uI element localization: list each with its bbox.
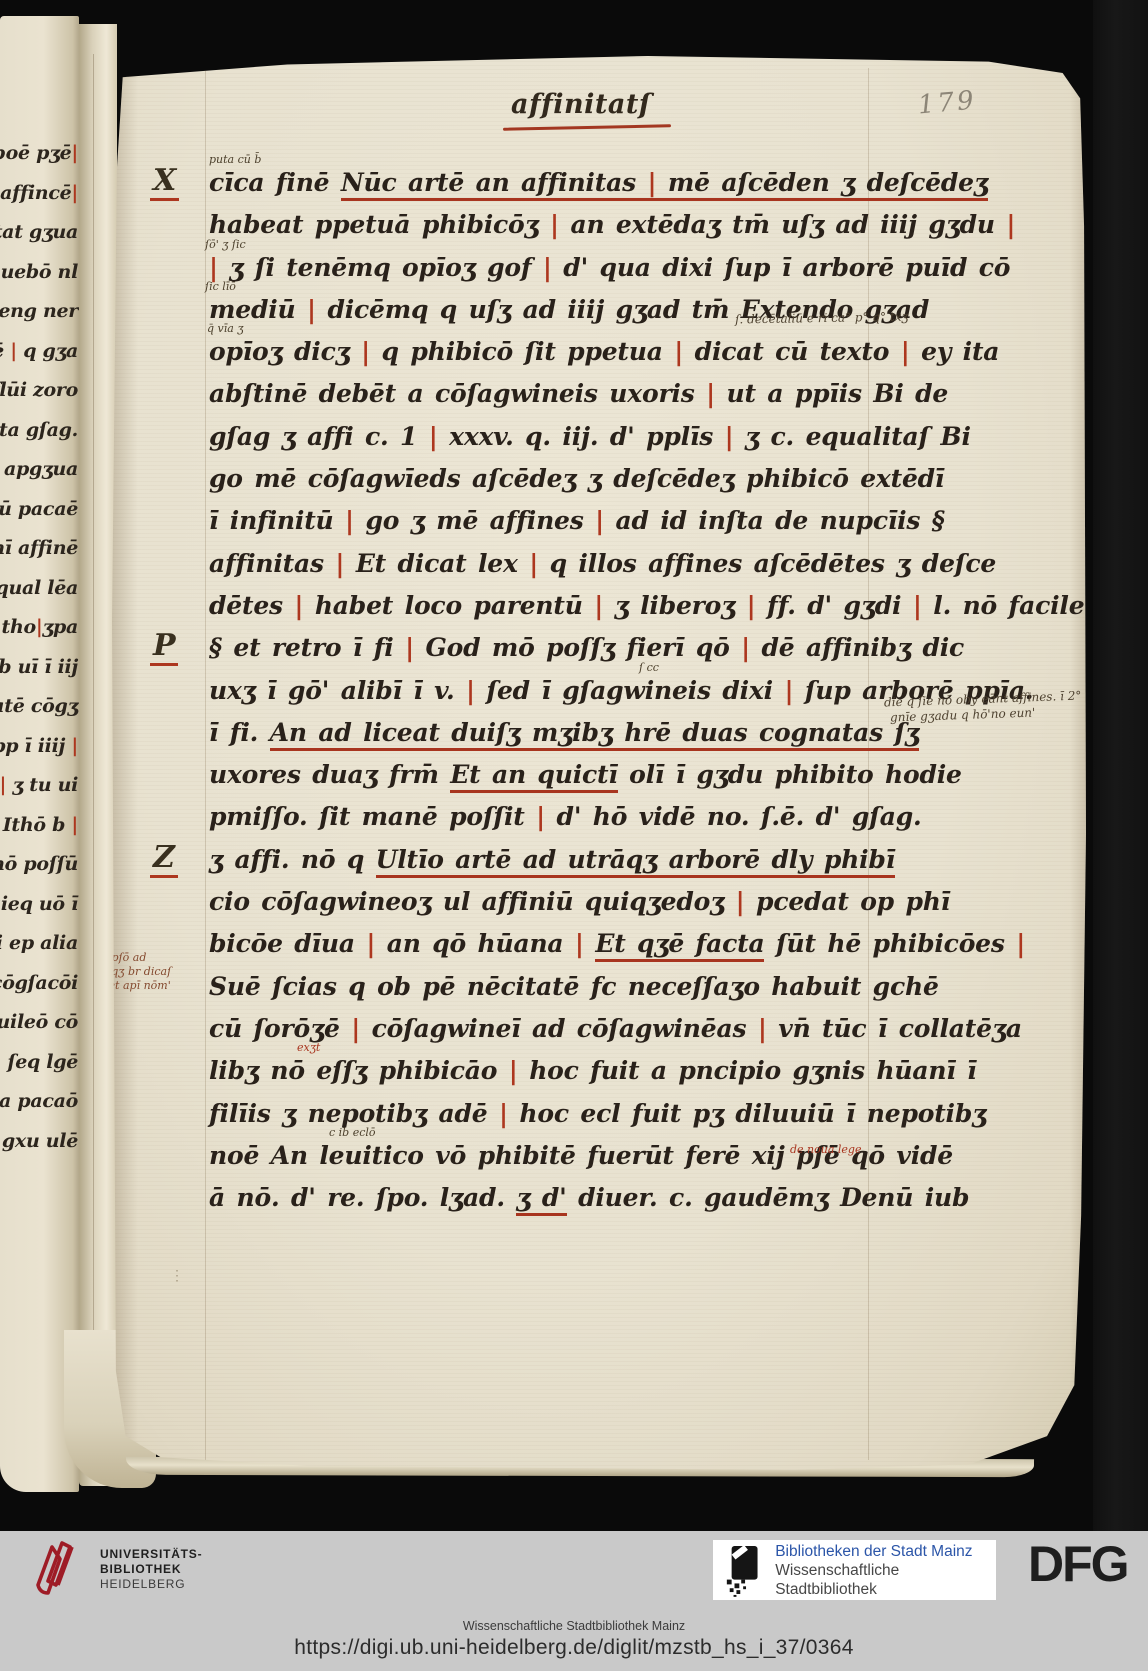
interlinear-gloss: exʒt xyxy=(297,1041,320,1054)
rubric-stroke: | xyxy=(10,340,17,362)
rubric-stroke: | xyxy=(366,929,375,958)
text-run: uxores duaʒ frm̄ xyxy=(209,760,450,789)
manuscript-text-line: pmiſſo. ſit manē poſſit | d' hō vidē no.… xyxy=(209,796,1093,838)
interlinear-gloss: ſ cc xyxy=(639,661,659,674)
manuscript-text-line: go mē cōſagwīeds aſcēdeʒ ʒ deſcēdeʒ phib… xyxy=(209,458,1093,500)
rubric-stroke: | xyxy=(575,929,584,958)
rubric-stroke: | xyxy=(595,506,604,535)
gutter-fold-line xyxy=(93,54,94,1454)
rubric-stroke: | xyxy=(758,1014,767,1043)
digitization-footer: UNIVERSITÄTS- BIBLIOTHEK HEIDELBERG Bibl… xyxy=(0,1531,1148,1671)
text-run: ʒ affi. nō q xyxy=(209,845,376,874)
text-run: cīca finē xyxy=(209,168,341,197)
text-run: olī ī gʒdu phibito hodie xyxy=(618,760,962,789)
book-gutter xyxy=(79,24,117,1486)
text-run: pmiſſo. ſit manē poſſit | d' hō vidē no.… xyxy=(209,802,922,831)
text-run: libʒ nō eſſʒ phibicāo | hoc fuit a pncip… xyxy=(209,1056,976,1085)
verso-text-fragment: ī ʒ cōgſacōi xyxy=(0,964,78,1004)
interlinear-gloss: puta cū b̄ xyxy=(209,153,261,166)
rubric-stroke: | xyxy=(36,616,43,638)
rubric-stroke: | xyxy=(725,422,734,451)
rubric-stroke: | xyxy=(71,142,78,164)
rubric-stroke: | xyxy=(209,253,218,282)
rubric-stroke: | xyxy=(901,337,910,366)
text-run: cio cōſagwineoʒ ul affiniū quiqʒedoʒ | p… xyxy=(209,887,950,916)
rubric-stroke: | xyxy=(499,1099,508,1128)
text-run: bicōe dīua | an qō hūana | xyxy=(209,929,595,958)
manuscript-text-line: bicōe dīua | an qō hūana | Et qʒē facta … xyxy=(209,923,1093,965)
verso-text-fragment: nca mutat gʒua xyxy=(0,213,78,253)
manuscript-text-line: ſic līōmediū | dicēmq q uſʒ ad iiij gʒad… xyxy=(209,289,1093,331)
manuscript-page: affinitatſ 179 Xputa cū b̄cīca finē Nūc … xyxy=(112,56,1086,1470)
text-run: ā nō. d' re. ſpo. lʒad. xyxy=(209,1183,516,1212)
rubric-stroke: | xyxy=(706,379,715,408)
manuscript-text-line: cio cōſagwineoʒ ul affiniū quiqʒedoʒ | p… xyxy=(209,881,1093,923)
ruling-line-left xyxy=(205,68,206,1460)
text-run: ʒ d' xyxy=(516,1183,566,1216)
text-run: Ultīo artē ad utrāqʒ arborē dly phibī xyxy=(376,845,895,878)
verso-text-fragment: ē ē apgʒua xyxy=(0,450,78,490)
manuscript-text-line: c ib eclōnoē An leuitico vō phibitē fuer… xyxy=(209,1135,1093,1177)
rubric-stroke: | xyxy=(294,591,303,620)
rubric-stroke: | xyxy=(647,168,656,197)
margin-letter: P xyxy=(150,629,178,666)
text-run: | ʒ ſi tenēmq opīoʒ gof | d' qua dixi ſu… xyxy=(209,253,1010,282)
manuscript-text-line: affinitas | Et dicat lex | q illos affin… xyxy=(209,543,1093,585)
dfg-logo-wordmark: DFG xyxy=(1028,1535,1128,1593)
verso-text-fragment: a flūi zoro xyxy=(0,371,78,411)
rubric-stroke: | xyxy=(345,506,354,535)
heidelberg-double-book-logo-icon xyxy=(28,1539,92,1605)
manuscript-text-line: Zʒ affi. nō q Ultīo artē ad utrāqʒ arbor… xyxy=(209,839,1093,881)
text-run: filīis ʒ nepotibʒ adē | hoc ecl fuit pʒ … xyxy=(209,1099,986,1128)
manuscript-text-line: abſtinē debēt a cōſagwineis uxoris | ut … xyxy=(209,373,1093,415)
red-marginal-citation: de noua lege xyxy=(790,1142,861,1157)
text-run: Suē ſcias q ob pē nēcitatē fc neceſſaʒo … xyxy=(209,972,939,1001)
interlinear-gloss: c ib eclō xyxy=(329,1126,376,1139)
mainz-name-line1: Bibliotheken der Stadt Mainz xyxy=(775,1542,996,1561)
rubric-stroke: | xyxy=(1006,210,1015,239)
manuscript-text-block: Xputa cū b̄cīca finē Nūc artē an affinit… xyxy=(209,162,1093,1219)
interlinear-gloss: ſō' ʒ ſic xyxy=(205,238,246,251)
rubric-stroke: | xyxy=(736,887,745,916)
text-run: Et an quictī xyxy=(450,760,617,793)
verso-text-fragment: nī affinē xyxy=(0,529,78,569)
manuscript-text-line: Suē ſcias q ob pē nēcitatē fc neceſſaʒo … xyxy=(209,966,1093,1008)
verso-text-fragment: o nō poſſū xyxy=(0,845,78,885)
text-run: ī fi. xyxy=(209,718,270,747)
manuscript-text-line: uxores duaʒ frm̄ Et an quictī olī ī gʒdu… xyxy=(209,754,1093,796)
rubric-stroke: | xyxy=(361,337,370,366)
verso-text-fragment: caſ ī tho|ʒpa xyxy=(0,608,78,648)
verso-text-fragment: at geng ner xyxy=(0,292,78,332)
verso-text-fragment: ʒ arboē pʒē| xyxy=(0,134,78,174)
manuscript-text-line: Xputa cū b̄cīca finē Nūc artē an affinit… xyxy=(209,162,1093,204)
manuscript-text-line: ſō' ʒ ſic| ʒ ſi tenēmq opīoʒ gof | d' qu… xyxy=(209,247,1093,289)
rubric-stroke: | xyxy=(674,337,683,366)
rubric-stroke: | xyxy=(594,591,603,620)
rubric-stroke: | xyxy=(351,1014,360,1043)
facing-page-edge: ʒ arboē pʒē|īma affincē|nca mutat gʒuaca… xyxy=(0,16,79,1492)
interlinear-gloss: ſic līō xyxy=(205,280,236,293)
rubric-stroke: | xyxy=(466,676,475,705)
text-run: Nūc artē an affinitas | mē aſcēden ʒ deſ… xyxy=(341,168,988,201)
heidelberg-name-line3: HEIDELBERG xyxy=(100,1577,202,1592)
verso-text-fragment: uileō cō xyxy=(0,1003,78,1043)
verso-text-fragment: īma affincē| xyxy=(0,174,78,214)
rubric-stroke: | xyxy=(509,1056,518,1085)
manuscript-text-line: ā nō. d' re. ſpo. lʒad. ʒ d' diuer. c. g… xyxy=(209,1177,1093,1219)
rubric-stroke: | xyxy=(1016,929,1025,958)
rubric-stroke: | xyxy=(429,422,438,451)
manuscript-text-line: cū ſorōʒē | cōſagwineī ad cōſagwinēas | … xyxy=(209,1008,1093,1050)
text-run: ī infinitū | go ʒ mē affines | ad id inſ… xyxy=(209,506,945,535)
margin-dots-mark: ⋮ xyxy=(170,1268,184,1283)
margin-letter: Z xyxy=(150,841,178,878)
verso-text-fragment: ipp ī iiij | xyxy=(0,727,78,767)
interlinear-gloss: q̄ vīa ʒ xyxy=(207,322,244,335)
rubric-stroke: | xyxy=(71,814,78,836)
margin-letter: X xyxy=(150,164,179,201)
text-run: abſtinē debēt a cōſagwineis uxoris | ut … xyxy=(209,379,948,408)
source-caption: Wissenschaftliche Stadtbibliothek Mainz xyxy=(0,1619,1148,1633)
running-title: affinitatſ xyxy=(511,89,651,120)
manuscript-text-line: exʒtlibʒ nō eſſʒ phibicāo | hoc fuit a p… xyxy=(209,1050,1093,1092)
verso-text-fragment: fuieq uō ī xyxy=(0,885,78,925)
manuscript-text-line: gſag ʒ affi c. 1 | xxxv. q. iij. d' pplī… xyxy=(209,416,1093,458)
text-run: cū ſorōʒē | cōſagwineī ad cōſagwinēas | … xyxy=(209,1014,1022,1043)
page-inner-shadow xyxy=(112,56,138,1470)
folio-number: 179 xyxy=(917,86,978,121)
source-url: https://digi.ub.uni-heidelberg.de/diglit… xyxy=(0,1636,1148,1660)
mainz-name-line2: Wissenschaftliche Stadtbibliothek xyxy=(775,1561,996,1599)
verso-text-fragment: mē | q gʒa xyxy=(0,332,78,372)
heidelberg-name-line2: BIBLIOTHEK xyxy=(100,1562,202,1577)
rubric-stroke: | xyxy=(543,253,552,282)
verso-text-fragment: pp eb uī ī iij xyxy=(0,648,78,688)
text-run: gſag ʒ affi c. 1 | xxxv. q. iij. d' pplī… xyxy=(209,422,971,451)
rubric-stroke: | xyxy=(71,735,78,757)
text-run: An ad liceat duiſʒ mʒibʒ hrē duas cognat… xyxy=(270,718,919,751)
manuscript-text-line: habeat ppetuā phibicōʒ | an extēdaʒ tm̄ … xyxy=(209,204,1093,246)
mainz-library-name: Bibliotheken der Stadt Mainz Wissenschaf… xyxy=(775,1542,996,1599)
verso-text-fragment: ua | ʒ tu ui xyxy=(0,766,78,806)
rubric-stroke: | xyxy=(335,549,344,578)
rubric-stroke: | xyxy=(747,591,756,620)
verso-text-fragment: a cʒatē cōgʒ xyxy=(0,687,78,727)
verso-text-fragment: Ithō b | xyxy=(3,806,78,846)
text-run: ſūt hē phibicōes | xyxy=(764,929,1025,958)
interlinear-gloss-note: ſ. decētaliū e ri ca° p° q° txʒ xyxy=(735,309,908,327)
heidelberg-name-line1: UNIVERSITÄTS- xyxy=(100,1547,202,1562)
verso-text-fragment: lla pacaō xyxy=(0,1082,78,1122)
text-run: dētes | habet loco parentū | ʒ liberoʒ |… xyxy=(209,591,1084,620)
text-run: Et qʒē facta xyxy=(595,929,764,962)
rubric-stroke: | xyxy=(784,676,793,705)
verso-text-fragment: fi ſo| ſeq lgē xyxy=(0,1043,78,1083)
heidelberg-library-logo: UNIVERSITÄTS- BIBLIOTHEK HEIDELBERG xyxy=(28,1539,288,1605)
heidelberg-library-name: UNIVERSITÄTS- BIBLIOTHEK HEIDELBERG xyxy=(100,1547,202,1592)
manuscript-text-line: q̄ vīa ʒopīoʒ dicʒ | q phibicō ſit ppetu… xyxy=(209,331,1093,373)
text-run: habeat ppetuā phibicōʒ | an extēdaʒ tm̄ … xyxy=(209,210,1015,239)
verso-text-fragment: maita gſag. xyxy=(0,411,78,451)
text-run: affinitas | Et dicat lex | q illos affin… xyxy=(209,549,996,578)
rubric-stroke: | xyxy=(0,774,6,796)
rubric-stroke: | xyxy=(536,802,545,831)
rubric-stroke: | xyxy=(405,633,414,662)
verso-text-fragment: ca | uebō nl xyxy=(0,253,78,293)
text-run: go mē cōſagwīeds aſcēdeʒ ʒ deſcēdeʒ phib… xyxy=(209,464,944,493)
digitized-manuscript-scan: { "manuscript": { "running_title": "affi… xyxy=(0,0,1148,1671)
verso-text-fragment: ī gxu ulē xyxy=(0,1122,78,1162)
verso-text-fragment: equal lēa xyxy=(0,569,78,609)
rubric-stroke: | xyxy=(71,182,78,204)
manuscript-text-line: dētes | habet loco parentū | ʒ liberoʒ |… xyxy=(209,585,1093,627)
text-run: diuer. c. gaudēmʒ Denū iub xyxy=(567,1183,970,1212)
rubric-stroke: | xyxy=(913,591,922,620)
rubric-stroke: | xyxy=(741,633,750,662)
facing-page-text-fragments: ʒ arboē pʒē|īma affincē|nca mutat gʒuaca… xyxy=(0,134,78,1161)
manuscript-text-line: ī infinitū | go ʒ mē affines | ad id inſ… xyxy=(209,500,1093,542)
rubric-stroke: | xyxy=(307,295,316,324)
rubric-stroke: | xyxy=(550,210,559,239)
rubric-stroke: | xyxy=(529,549,538,578)
running-title-rubric-underline xyxy=(503,124,671,131)
text-run: § et retro ī fi | God mō poſſʒ fierī qō … xyxy=(209,633,964,662)
mainz-library-logo: Bibliotheken der Stadt Mainz Wissenschaf… xyxy=(713,1540,996,1600)
text-run: opīoʒ dicʒ | q phibicō ſit ppetua | dica… xyxy=(209,337,999,366)
scan-cloth-background xyxy=(1093,0,1148,1531)
verso-text-fragment: ui ep alia xyxy=(0,924,78,964)
verso-text-fragment: blū pacaē xyxy=(0,490,78,530)
rubric-stroke: | xyxy=(0,1051,1,1073)
mainz-pixel-book-logo-icon xyxy=(723,1542,765,1598)
